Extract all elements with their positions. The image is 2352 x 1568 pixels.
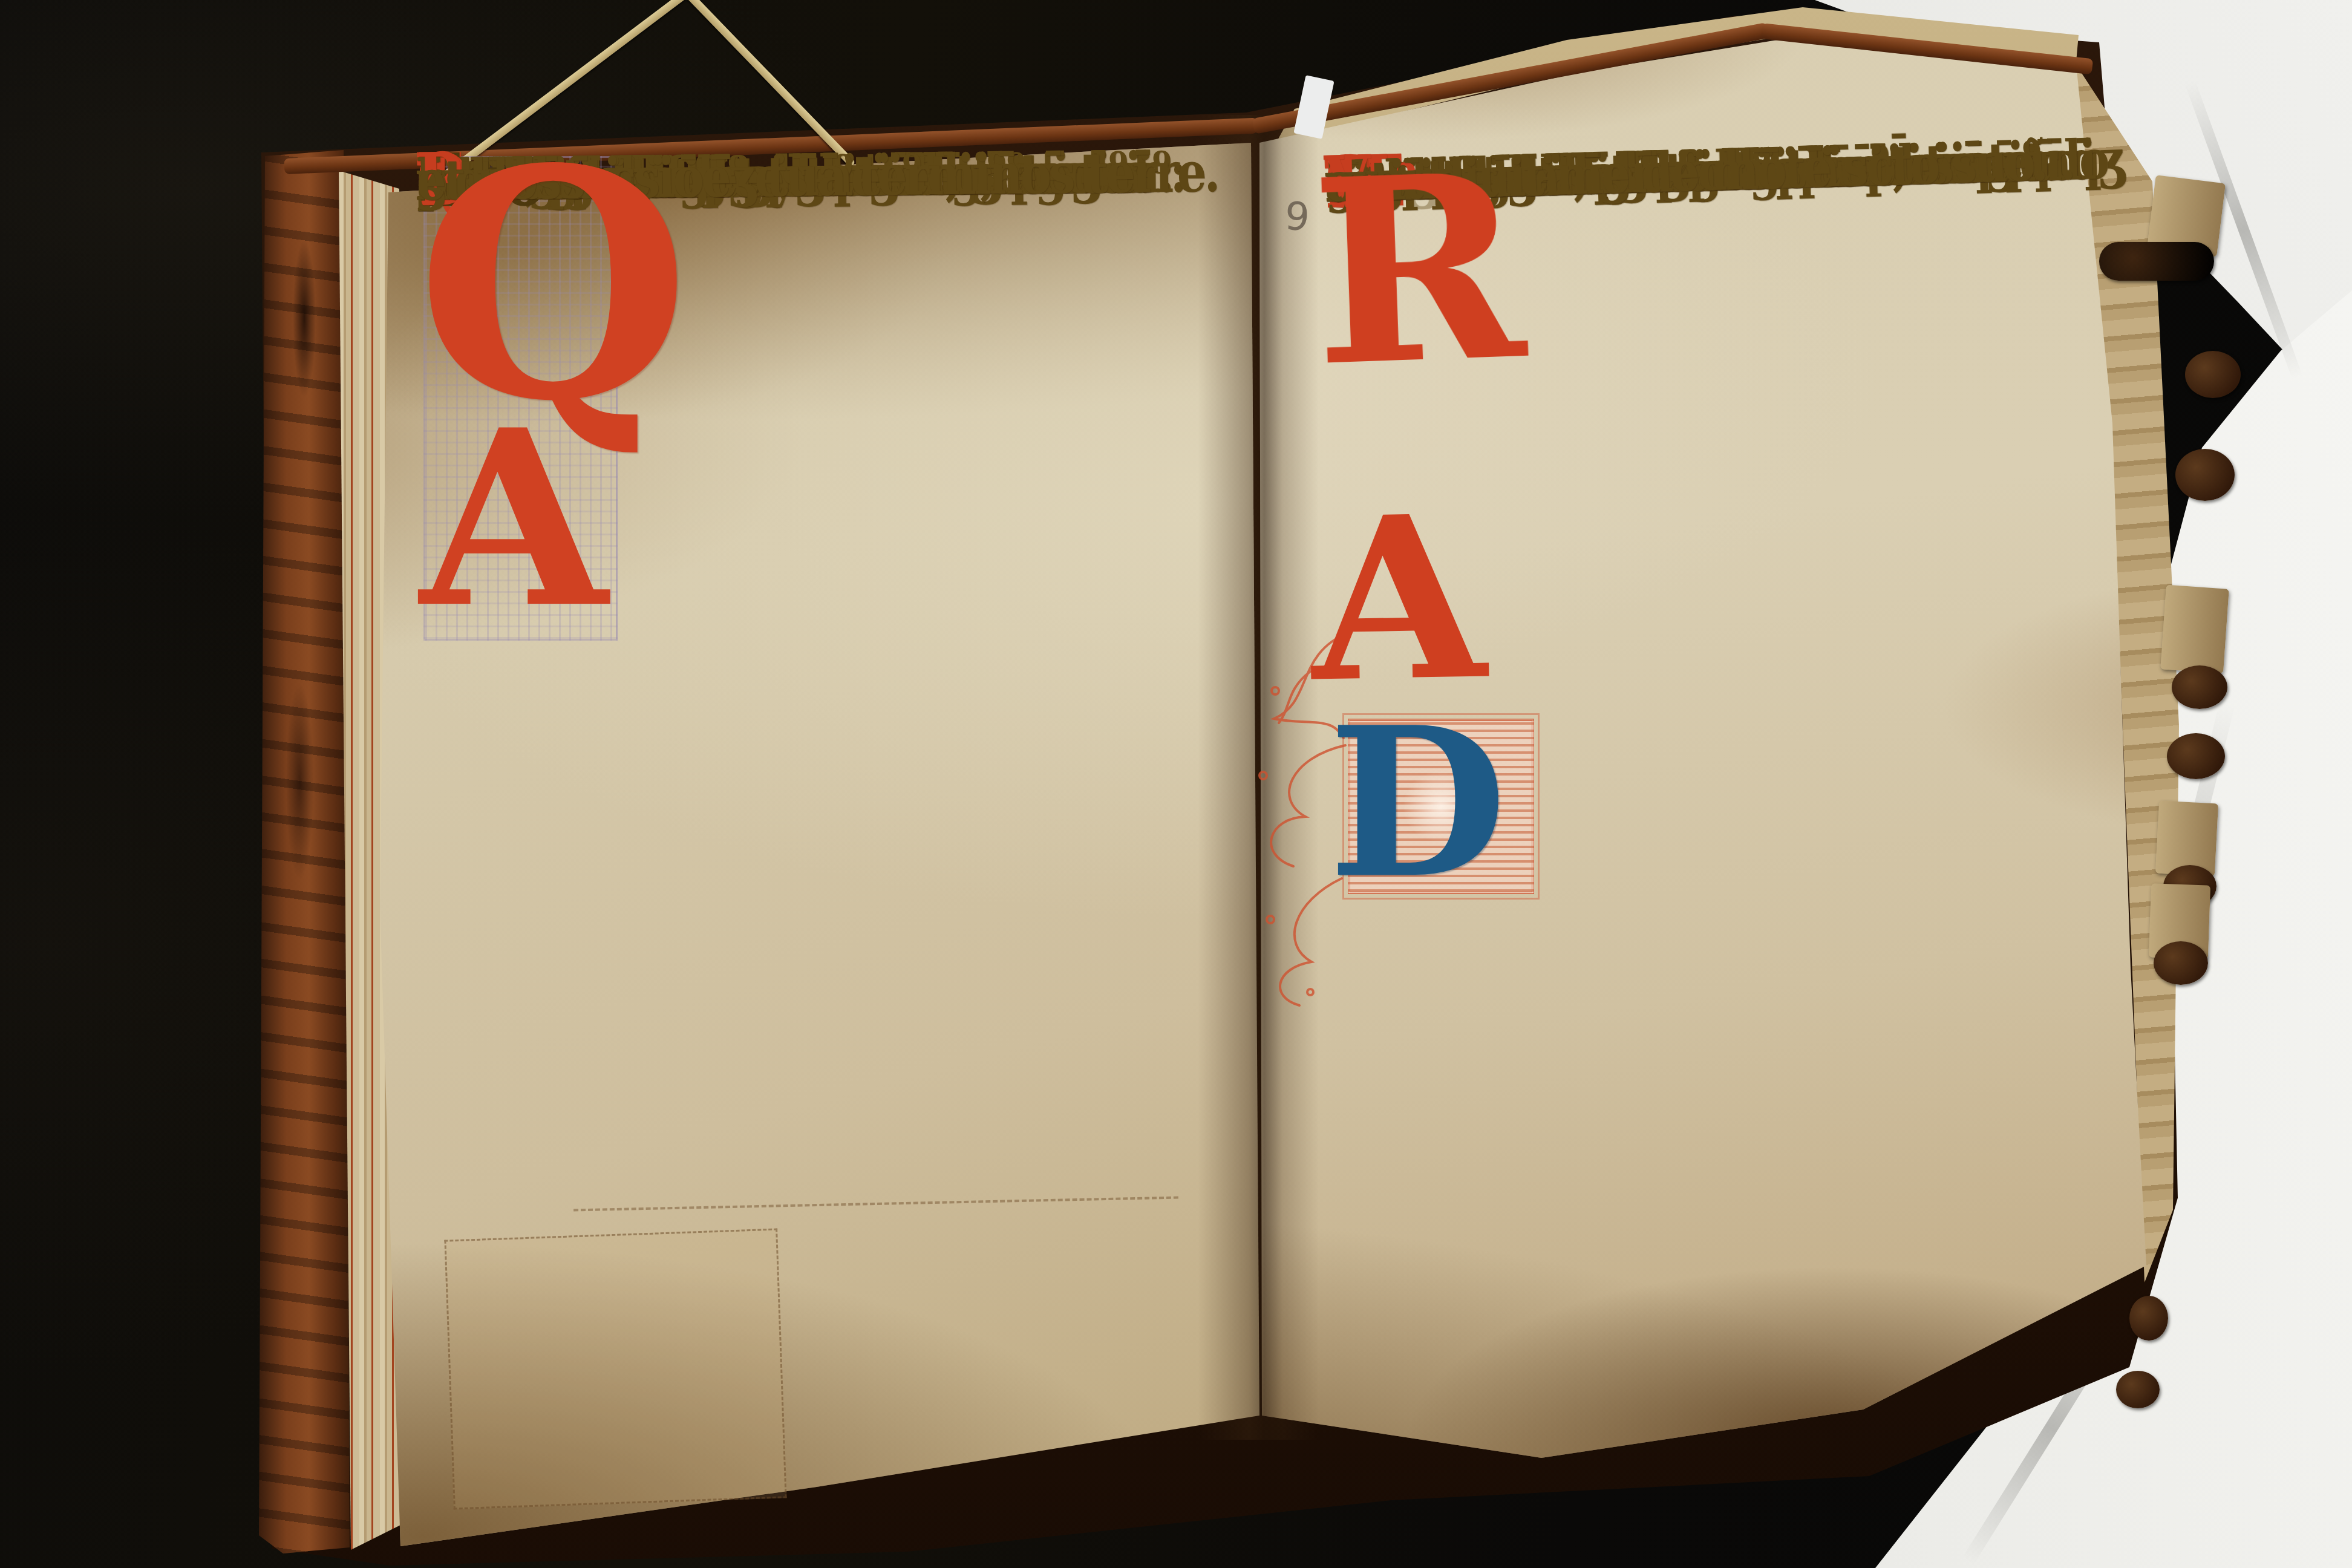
manuscript-photo: Q A R A D 9 uar' fremuerūt gētes: etppl'… [0, 0, 2352, 1568]
fore-edge-tab [2160, 585, 2229, 674]
fore-edge-knob [2172, 665, 2227, 709]
fore-edge-knob [2185, 351, 2241, 398]
fore-edge-knob [2167, 733, 2225, 779]
illuminated-initial-A2: A [1310, 486, 1487, 713]
fore-edge-knob [2099, 242, 2214, 281]
illuminated-initial-R: R [1308, 140, 1528, 402]
fore-edge-knob [2129, 1296, 2168, 1341]
fore-edge-knob [2154, 941, 2208, 985]
parchment-repair-patch [444, 1229, 786, 1510]
illuminated-initial-D-blue: D [1328, 701, 1507, 906]
fore-edge-knob [2116, 1371, 2160, 1408]
folio-number: 9 [1283, 194, 1311, 241]
fore-edge-knob [2175, 449, 2235, 501]
leather-spine-edge [259, 150, 350, 1553]
illuminated-initial-A: A [420, 398, 607, 640]
